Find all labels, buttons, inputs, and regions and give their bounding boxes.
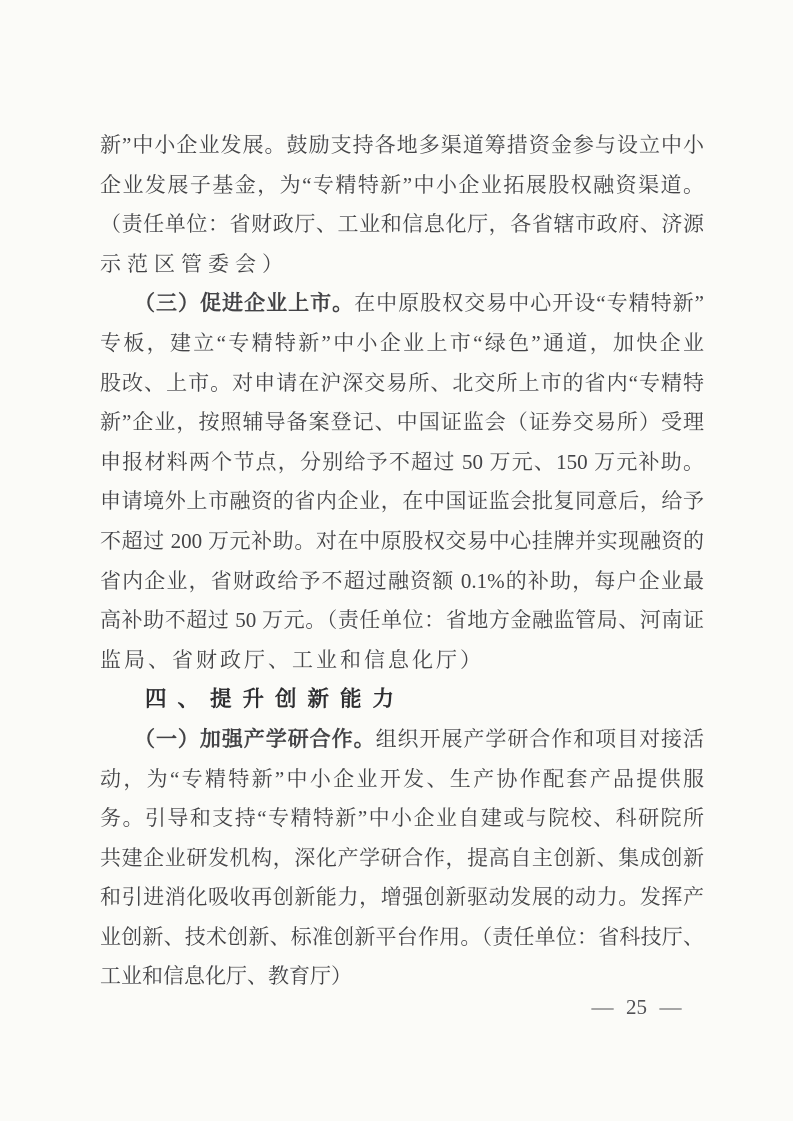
text-line: 新”企业，按照辅导备案登记、中国证监会（证券交易所）受理 [100,403,704,443]
text-line: 申请境外上市融资的省内企业，在中国证监会批复同意后，给予 [100,482,704,522]
document-page: 新”中小企业发展。鼓励支持各地多渠道筹措资金参与设立中小企业发展子基金，为“专精… [0,0,793,1121]
text-line: 监局、省财政厅、工业和信息化厅） [100,641,704,681]
text-line: （三）促进企业上市。在中原股权交易中心开设“专精特新” [100,284,704,324]
text-line: 动，为“专精特新”中小企业开发、生产协作配套产品提供服 [100,760,704,800]
page-number-value: 25 [626,996,647,1018]
text-line: 业创新、技术创新、标准创新平台作用。（责任单位：省科技厅、 [100,918,704,958]
text-line: （责任单位：省财政厅、工业和信息化厅，各省辖市政府、济源 [100,205,704,245]
document-body: 新”中小企业发展。鼓励支持各地多渠道筹措资金参与设立中小企业发展子基金，为“专精… [100,126,704,997]
text-line: 企业发展子基金，为“专精特新”中小企业拓展股权融资渠道。 [100,166,704,206]
text-line: （一）加强产学研合作。组织开展产学研合作和项目对接活 [100,720,704,760]
text-line: 高补助不超过 50 万元。（责任单位：省地方金融监管局、河南证 [100,601,704,641]
page-number-dash-right: — [659,996,681,1018]
text-line: 专板，建立“专精特新”中小企业上市“绿色”通道，加快企业 [100,324,704,364]
line-text: 在中原股权交易中心开设“专精特新” [354,291,704,315]
paragraph-subheading: （一）加强产学研合作。 [134,727,376,751]
text-line: 新”中小企业发展。鼓励支持各地多渠道筹措资金参与设立中小 [100,126,704,166]
paragraph-subheading: （三）促进企业上市。 [134,291,354,315]
text-line: 务。引导和支持“专精特新”中小企业自建或与院校、科研院所 [100,799,704,839]
line-text: 组织开展产学研合作和项目对接活 [376,727,704,751]
text-line: 省内企业，省财政给予不超过融资额 0.1%的补助，每户企业最 [100,562,704,602]
section-heading: 四、提升创新能力 [100,680,704,720]
text-line: 示范区管委会） [100,245,704,285]
text-line: 工业和信息化厅、教育厅） [100,957,704,997]
page-number: — 25 — [592,996,681,1018]
page-number-dash-left: — [591,996,613,1018]
text-line: 股改、上市。对申请在沪深交易所、北交所上市的省内“专精特 [100,364,704,404]
text-line: 和引进消化吸收再创新能力，增强创新驱动发展的动力。发挥产 [100,878,704,918]
text-line: 不超过 200 万元补助。对在中原股权交易中心挂牌并实现融资的 [100,522,704,562]
text-line: 共建企业研发机构，深化产学研合作，提高自主创新、集成创新 [100,839,704,879]
text-line: 申报材料两个节点，分别给予不超过 50 万元、150 万元补助。 [100,443,704,483]
